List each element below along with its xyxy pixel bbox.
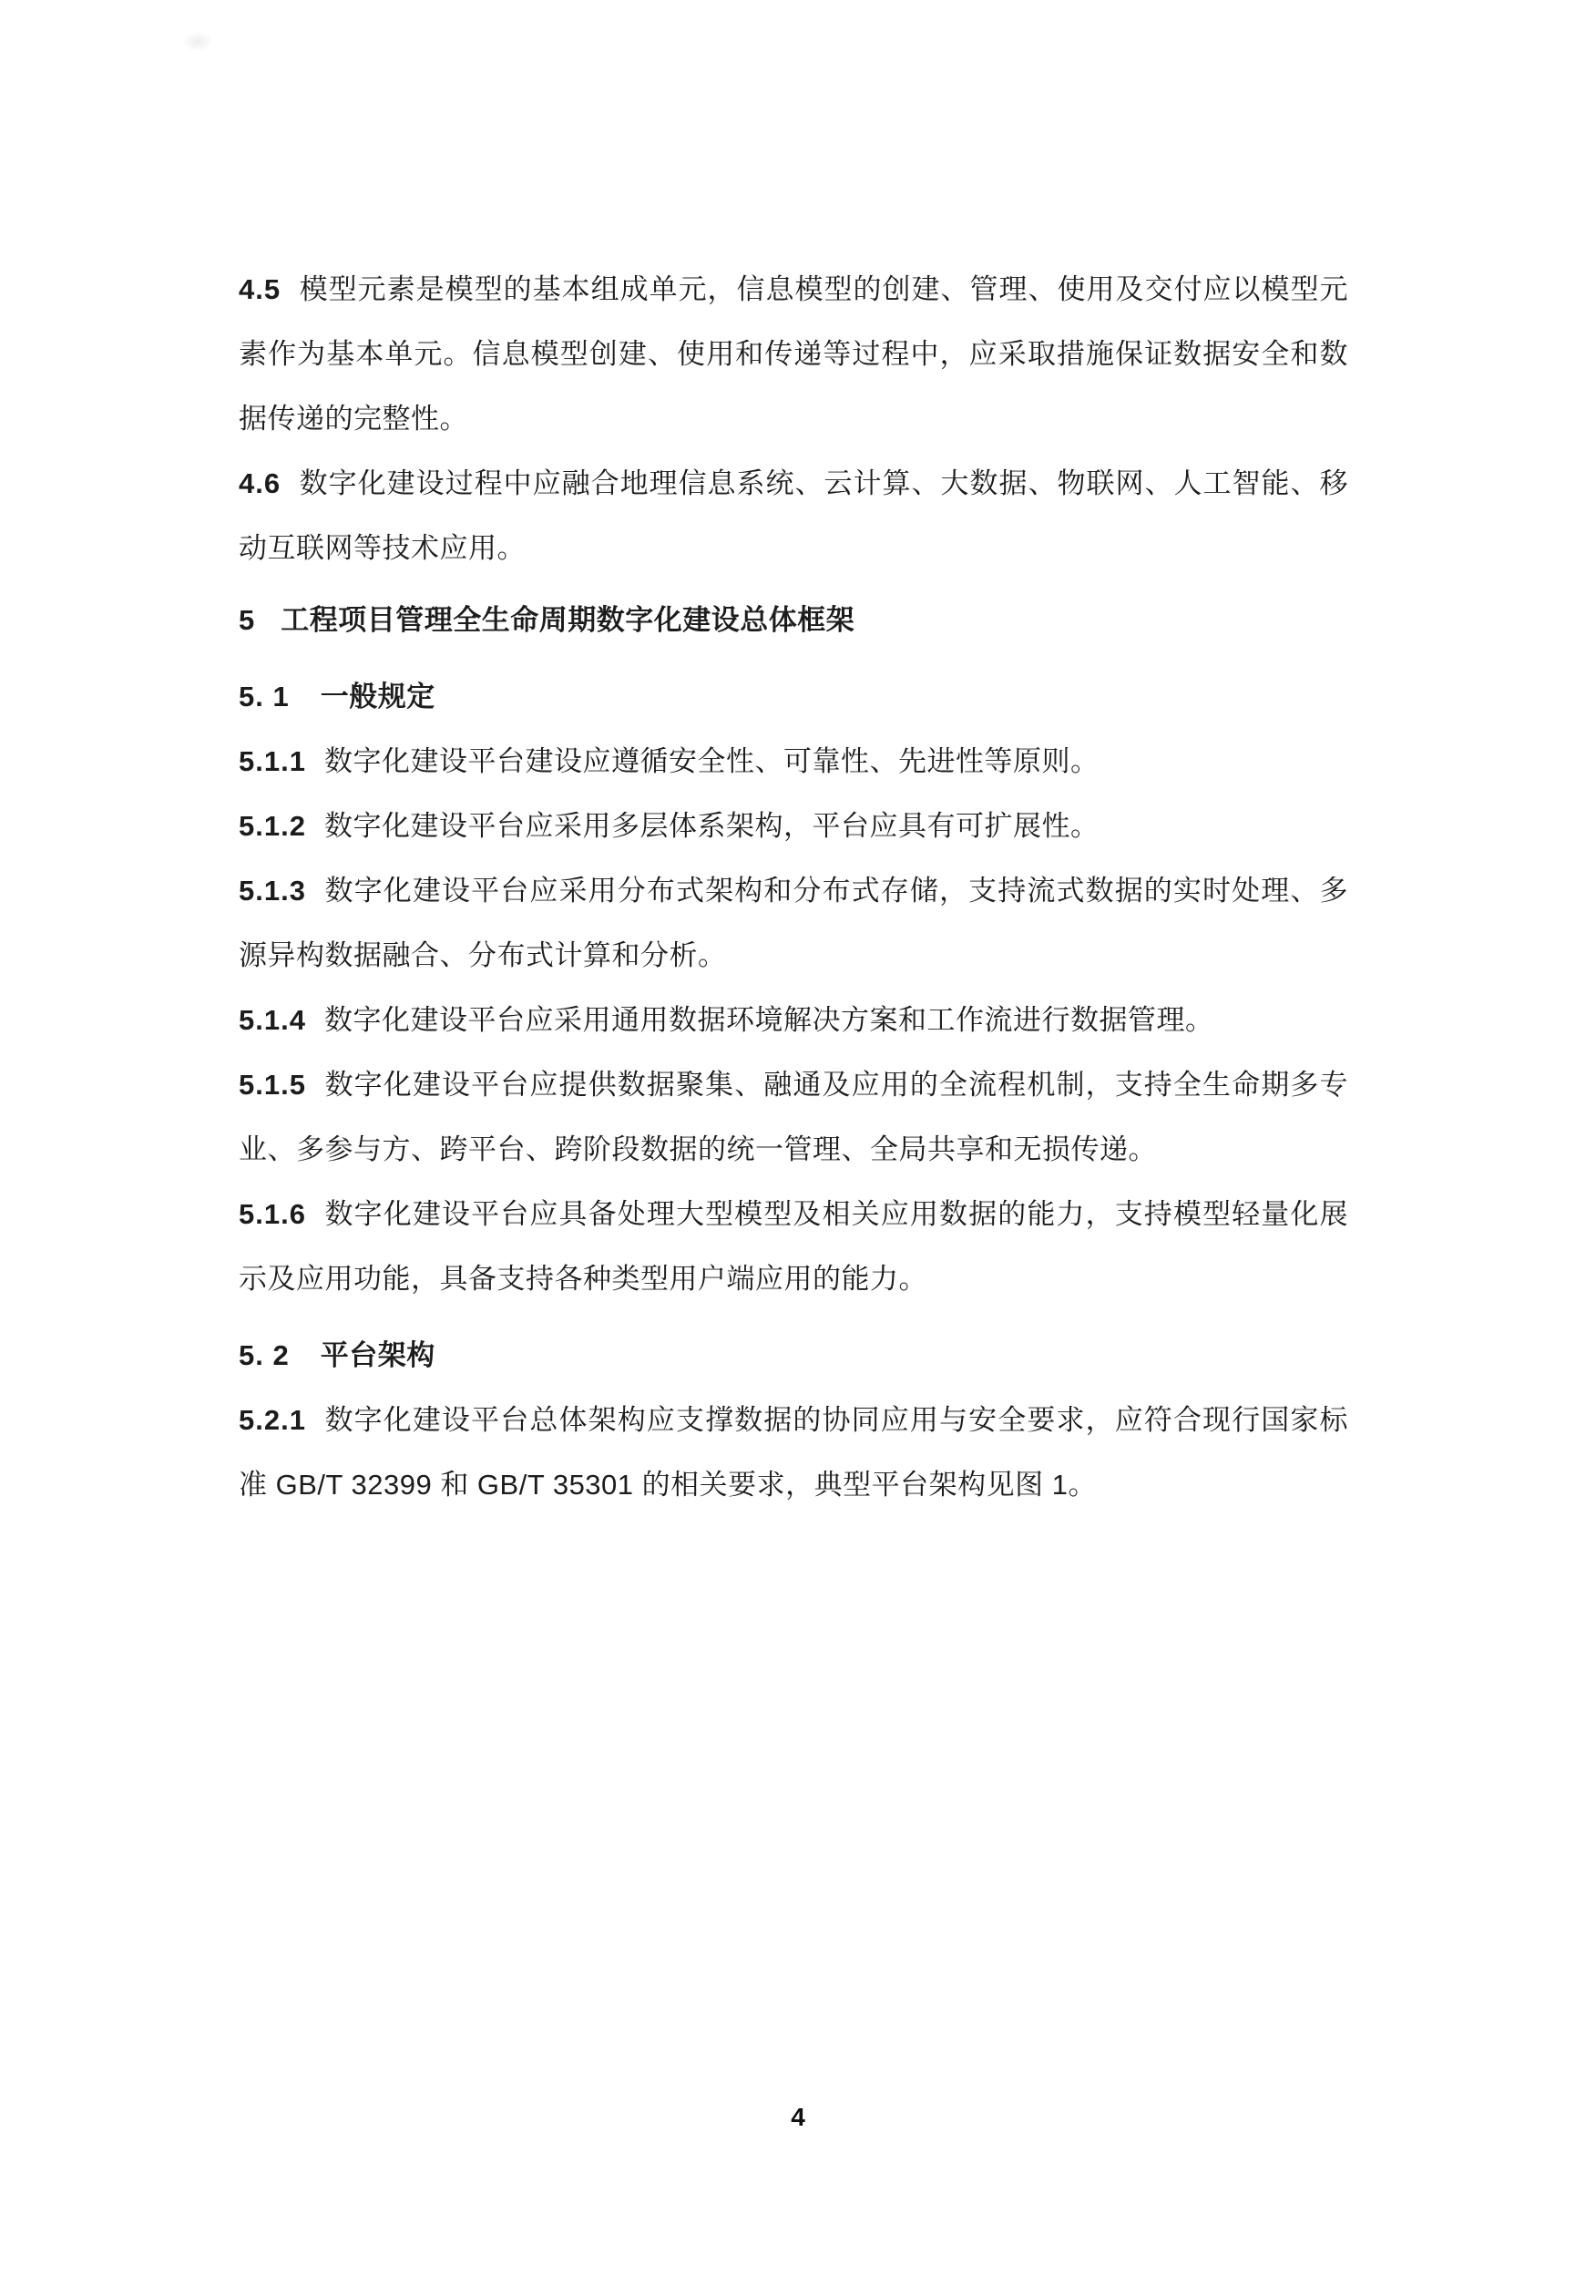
clause-5-1-3: 5.1.3数字化建设平台应采用分布式架构和分布式存储，支持流式数据的实时处理、多… (239, 858, 1348, 988)
clause-4-5: 4.5模型元素是模型的基本组成单元，信息模型的创建、管理、使用及交付应以模型元素… (239, 257, 1348, 451)
clause-number: 4.5 (239, 273, 281, 305)
clause-number: 5.1.5 (239, 1069, 306, 1101)
clause-number: 5.1.6 (239, 1198, 306, 1230)
clause-text: 模型元素是模型的基本组成单元，信息模型的创建、管理、使用及交付应以模型元素作为基… (239, 273, 1348, 435)
clause-text: 数字化建设平台应具备处理大型模型及相关应用数据的能力，支持模型轻量化展示及应用功… (239, 1198, 1348, 1295)
clause-text: 数字化建设平台总体架构应支撑数据的协同应用与安全要求，应符合现行国家标准 GB/… (239, 1404, 1348, 1501)
heading-text: 一般规定 (321, 681, 435, 712)
clause-text: 数字化建设平台应提供数据聚集、融通及应用的全流程机制，支持全生命期多专业、多参与… (239, 1069, 1348, 1165)
heading-number: 5 (239, 604, 255, 636)
clause-text: 数字化建设平台建设应遵循安全性、可靠性、先进性等原则。 (324, 745, 1100, 777)
heading-text: 工程项目管理全生命周期数字化建设总体框架 (281, 604, 854, 636)
clause-4-6: 4.6数字化建设过程中应融合地理信息系统、云计算、大数据、物联网、人工智能、移动… (239, 451, 1348, 580)
clause-5-2-1: 5.2.1数字化建设平台总体架构应支撑数据的协同应用与安全要求，应符合现行国家标… (239, 1388, 1348, 1517)
clause-5-1-4: 5.1.4数字化建设平台应采用通用数据环境解决方案和工作流进行数据管理。 (239, 988, 1348, 1052)
clause-number: 4.6 (239, 467, 281, 499)
clause-text: 数字化建设过程中应融合地理信息系统、云计算、大数据、物联网、人工智能、移动互联网… (239, 467, 1348, 564)
clause-number: 5.1.2 (239, 810, 306, 842)
clause-number: 5.2.1 (239, 1404, 306, 1436)
heading-5: 5工程项目管理全生命周期数字化建设总体框架 (239, 588, 1348, 652)
page-number: 4 (0, 2103, 1596, 2132)
document-body: 4.5模型元素是模型的基本组成单元，信息模型的创建、管理、使用及交付应以模型元素… (239, 257, 1348, 1517)
heading-number: 5. 2 (239, 1339, 290, 1371)
clause-text: 数字化建设平台应采用多层体系架构，平台应具有可扩展性。 (324, 810, 1100, 842)
clause-number: 5.1.1 (239, 745, 306, 777)
clause-5-1-6: 5.1.6数字化建设平台应具备处理大型模型及相关应用数据的能力，支持模型轻量化展… (239, 1182, 1348, 1311)
clause-5-1-2: 5.1.2数字化建设平台应采用多层体系架构，平台应具有可扩展性。 (239, 794, 1348, 858)
heading-5-1: 5. 1一般规定 (239, 664, 1348, 729)
clause-text: 数字化建设平台应采用通用数据环境解决方案和工作流进行数据管理。 (324, 1004, 1214, 1036)
clause-number: 5.1.3 (239, 875, 306, 907)
heading-5-2: 5. 2平台架构 (239, 1323, 1348, 1388)
clause-5-1-1: 5.1.1数字化建设平台建设应遵循安全性、可靠性、先进性等原则。 (239, 729, 1348, 794)
clause-number: 5.1.4 (239, 1004, 306, 1036)
heading-number: 5. 1 (239, 681, 290, 712)
clause-5-1-5: 5.1.5数字化建设平台应提供数据聚集、融通及应用的全流程机制，支持全生命期多专… (239, 1052, 1348, 1182)
heading-text: 平台架构 (321, 1339, 435, 1371)
document-page: 4.5模型元素是模型的基本组成单元，信息模型的创建、管理、使用及交付应以模型元素… (0, 0, 1596, 2296)
scan-smudge (182, 32, 213, 52)
clause-text: 数字化建设平台应采用分布式架构和分布式存储，支持流式数据的实时处理、多源异构数据… (239, 875, 1348, 971)
